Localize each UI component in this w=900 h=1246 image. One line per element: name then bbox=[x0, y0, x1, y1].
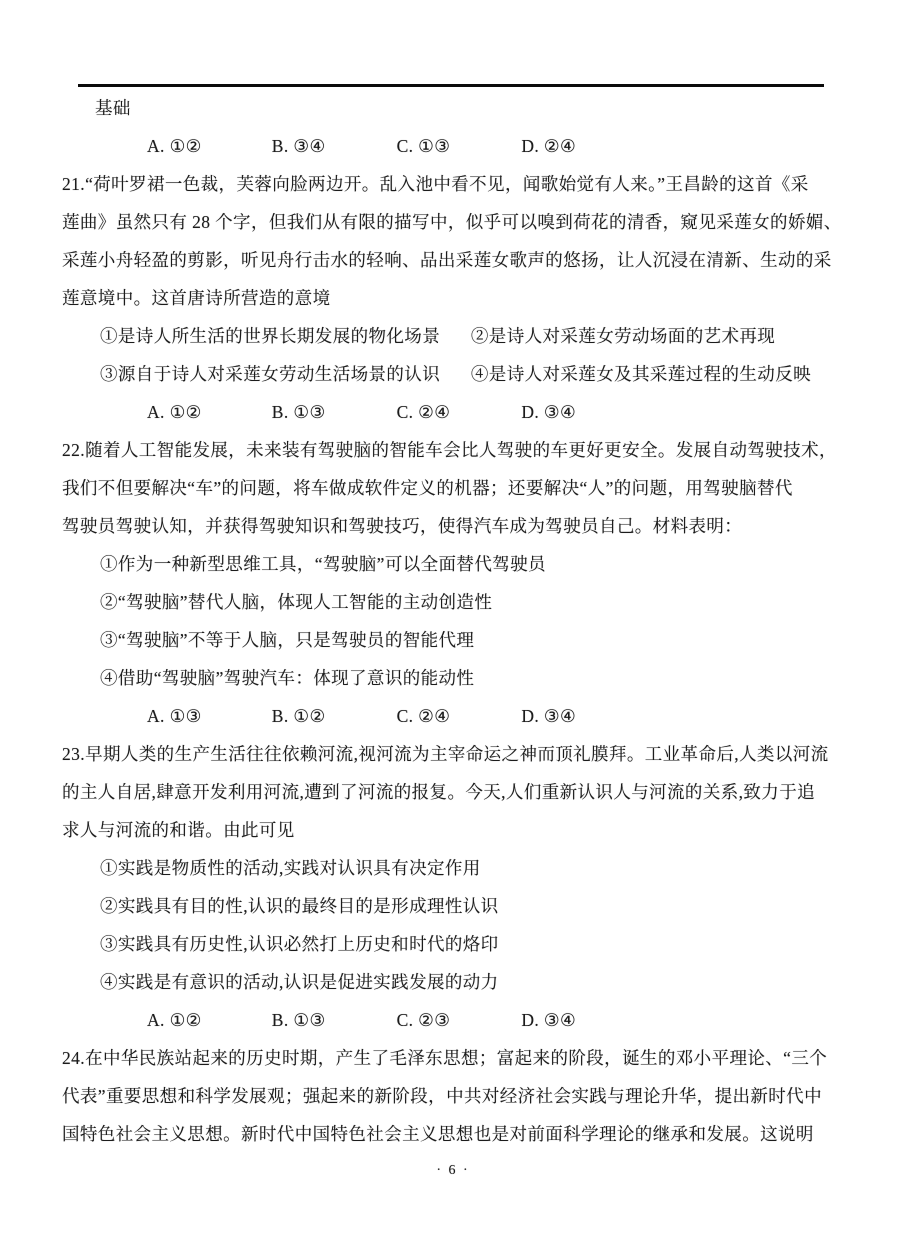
option-c: C. ②④ bbox=[397, 697, 517, 735]
option-d: D. ②④ bbox=[521, 127, 641, 165]
question-24-line: 国特色社会主义思想。新时代中国特色社会主义思想也是对前面科学理论的继承和发展。这… bbox=[62, 1115, 844, 1153]
option-a: A. ①③ bbox=[147, 697, 267, 735]
option-a: A. ①② bbox=[147, 393, 267, 431]
option-d: D. ③④ bbox=[521, 393, 641, 431]
option-d: D. ③④ bbox=[521, 1001, 641, 1039]
page-number: · 6 · bbox=[62, 1161, 844, 1181]
answer-options-row-q23: A. ①② B. ①③ C. ②③ D. ③④ bbox=[62, 1001, 844, 1039]
choice-item-1: ①是诗人所生活的世界长期发展的物化场景 bbox=[100, 326, 440, 346]
question-24-line: 代表”重要思想和科学发展观；强起来的新阶段，中共对经济社会实践与理论升华，提出新… bbox=[62, 1077, 844, 1115]
question-21-line: 莲意境中。这首唐诗所营造的意境 bbox=[62, 279, 844, 317]
choice-item-2: ②“驾驶脑”替代人脑，体现人工智能的主动创造性 bbox=[62, 583, 844, 621]
choice-item-1: ①实践是物质性的活动,实践对认识具有决定作用 bbox=[62, 849, 844, 887]
choice-item-3: ③“驾驶脑”不等于人脑，只是驾驶员的智能代理 bbox=[62, 621, 844, 659]
choice-item-2: ②实践具有目的性,认识的最终目的是形成理性认识 bbox=[62, 887, 844, 925]
option-b: B. ①③ bbox=[272, 1001, 392, 1039]
option-b: B. ①③ bbox=[272, 393, 392, 431]
question-21-line: 采莲小舟轻盈的剪影，听见舟行击水的轻响、品出采莲女歌声的悠扬，让人沉浸在清新、生… bbox=[62, 241, 844, 279]
answer-options-row-q21: A. ①② B. ①③ C. ②④ D. ③④ bbox=[62, 393, 844, 431]
question-24-line: 24.在中华民族站起来的历史时期，产生了毛泽东思想；富起来的阶段，诞生的邓小平理… bbox=[62, 1039, 844, 1077]
option-b: B. ①② bbox=[272, 697, 392, 735]
question-23-line: 的主人自居,肆意开发利用河流,遭到了河流的报复。今天,人们重新认识人与河流的关系… bbox=[62, 773, 844, 811]
choice-item-2: ②是诗人对采莲女劳动场面的艺术再现 bbox=[471, 326, 775, 346]
option-c: C. ②③ bbox=[397, 1001, 517, 1039]
question-22-line: 我们不但要解决“车”的问题，将车做成软件定义的机器；还要解决“人”的问题，用驾驶… bbox=[62, 469, 844, 507]
section-label: 基础 bbox=[62, 89, 844, 127]
option-c: C. ①③ bbox=[397, 127, 517, 165]
question-23-line: 求人与河流的和谐。由此可见 bbox=[62, 811, 844, 849]
option-c: C. ②④ bbox=[397, 393, 517, 431]
choice-item-4: ④实践是有意识的活动,认识是促进实践发展的动力 bbox=[62, 963, 844, 1001]
choice-item-4: ④是诗人对采莲女及其采莲过程的生动反映 bbox=[471, 364, 811, 384]
answer-options-row-q22: A. ①③ B. ①② C. ②④ D. ③④ bbox=[62, 697, 844, 735]
question-22-line: 驾驶员驾驶认知，并获得驾驶知识和驾驶技巧，使得汽车成为驾驶员自己。材料表明： bbox=[62, 507, 844, 545]
question-23-line: 23.早期人类的生产生活往往依赖河流,视河流为主宰命运之神而顶礼膜拜。工业革命后… bbox=[62, 735, 844, 773]
choice-item-1: ①作为一种新型思维工具，“驾驶脑”可以全面替代驾驶员 bbox=[62, 545, 844, 583]
question-21-items-row: ①是诗人所生活的世界长期发展的物化场景 ②是诗人对采莲女劳动场面的艺术再现 bbox=[62, 317, 844, 355]
answer-options-row-top: A. ①② B. ③④ C. ①③ D. ②④ bbox=[62, 127, 844, 165]
option-b: B. ③④ bbox=[272, 127, 392, 165]
top-rule bbox=[78, 84, 824, 87]
question-21-line: 21.“荷叶罗裙一色裁，芙蓉向脸两边开。乱入池中看不见，闻歌始觉有人来。”王昌龄… bbox=[62, 165, 844, 203]
exam-page: 基础 A. ①② B. ③④ C. ①③ D. ②④ 21.“荷叶罗裙一色裁，芙… bbox=[0, 0, 900, 1181]
question-21-line: 莲曲》虽然只有 28 个字，但我们从有限的描写中，似乎可以嗅到荷花的清香，窥见采… bbox=[62, 203, 844, 241]
choice-item-3: ③实践具有历史性,认识必然打上历史和时代的烙印 bbox=[62, 925, 844, 963]
option-a: A. ①② bbox=[147, 127, 267, 165]
question-21-items-row: ③源自于诗人对采莲女劳动生活场景的认识 ④是诗人对采莲女及其采莲过程的生动反映 bbox=[62, 355, 844, 393]
option-a: A. ①② bbox=[147, 1001, 267, 1039]
question-22-line: 22.随着人工智能发展，未来装有驾驶脑的智能车会比人驾驶的车更好更安全。发展自动… bbox=[62, 431, 844, 469]
choice-item-3: ③源自于诗人对采莲女劳动生活场景的认识 bbox=[100, 364, 440, 384]
choice-item-4: ④借助“驾驶脑”驾驶汽车：体现了意识的能动性 bbox=[62, 659, 844, 697]
option-d: D. ③④ bbox=[521, 697, 641, 735]
